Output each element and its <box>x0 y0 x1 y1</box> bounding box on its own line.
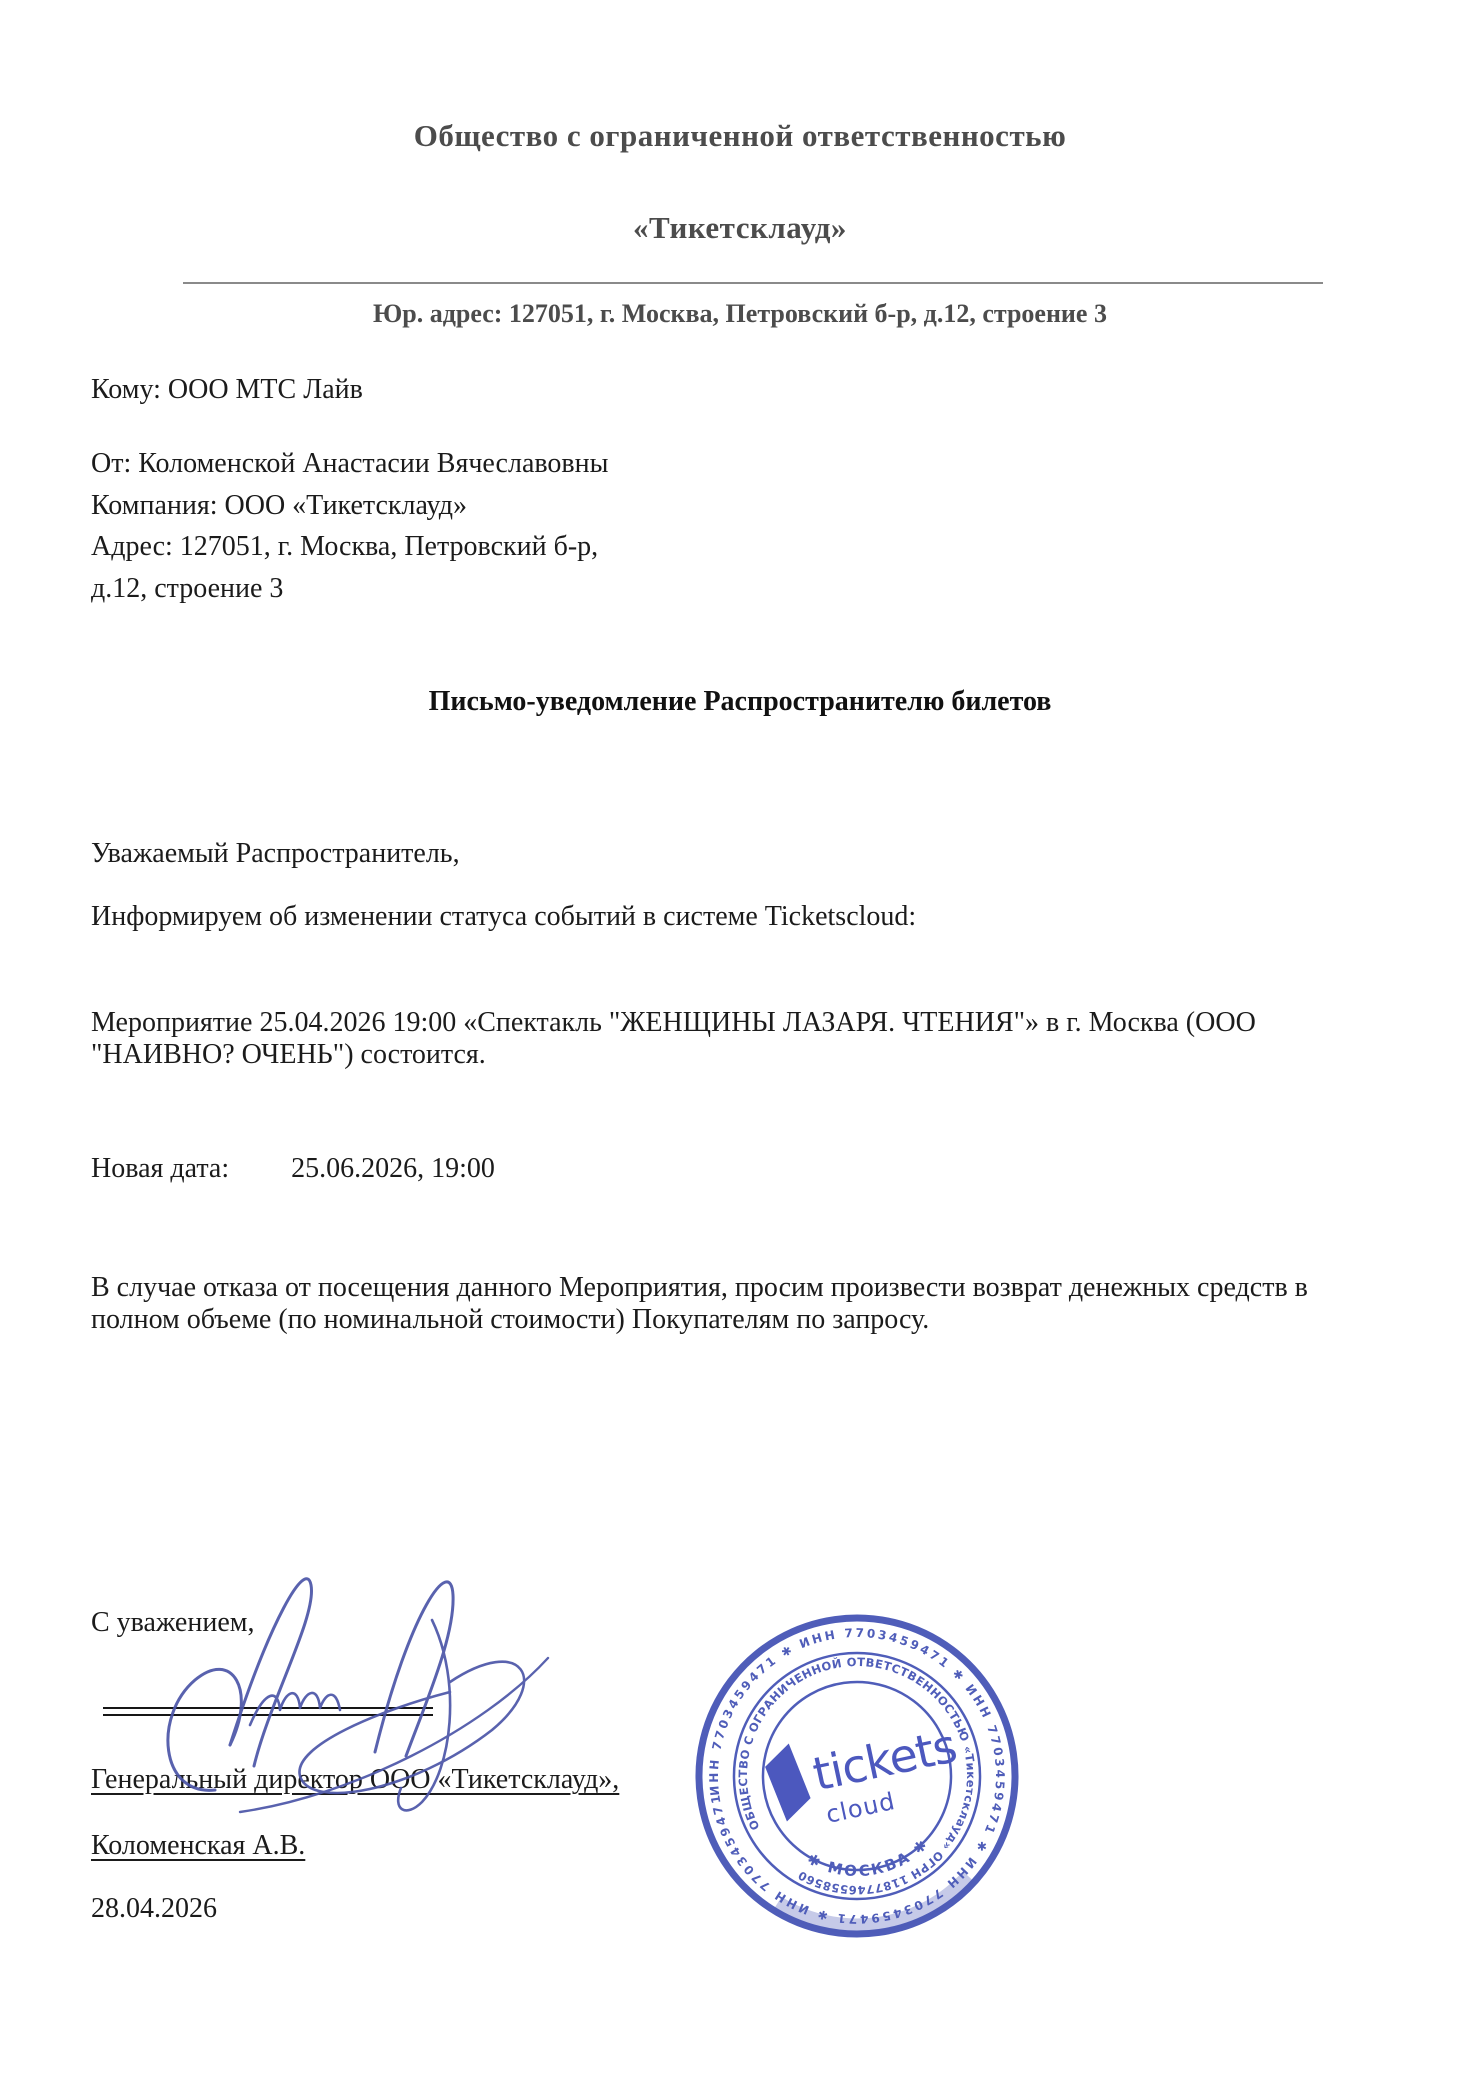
salutation: Уважаемый Распространитель, <box>91 838 460 870</box>
sender-company-line: Компания: ООО «Тикетсклауд» <box>91 485 608 527</box>
handwritten-signature <box>120 1540 580 1830</box>
letter-page: Общество с ограниченной ответственностью… <box>0 0 1480 2082</box>
sender-address-line2: д.12, строение 3 <box>91 568 608 610</box>
letter-title: Письмо-уведомление Распространителю биле… <box>85 686 1395 718</box>
event-status-paragraph: Мероприятие 25.04.2026 19:00 «Спектакль … <box>91 1007 1399 1071</box>
new-date-line: Новая дата:25.06.2026, 19:00 <box>91 1153 495 1185</box>
stamp-logo: tickets cloud <box>761 1710 966 1840</box>
signer-name: Коломенская А.В. <box>91 1830 305 1862</box>
recipient-line: Кому: ООО МТС Лайв <box>91 374 363 406</box>
company-stamp: ИНН 7703459471 ✱ ИНН 7703459471 ✱ ИНН 77… <box>687 1606 1027 1946</box>
letterhead-divider <box>183 282 1323 284</box>
letterhead-legal-address: Юр. адрес: 127051, г. Москва, Петровский… <box>85 299 1395 329</box>
sender-block: От: Коломенской Анастасии Вячеславовны К… <box>91 443 608 609</box>
intro-paragraph: Информируем об изменении статуса событий… <box>91 901 916 933</box>
sender-from-line: От: Коломенской Анастасии Вячеславовны <box>91 443 608 485</box>
new-date-value: 25.06.2026, 19:00 <box>291 1153 495 1184</box>
letterhead-org-type: Общество с ограниченной ответственностью <box>85 118 1395 154</box>
refund-paragraph: В случае отказа от посещения данного Мер… <box>91 1272 1403 1336</box>
letterhead-org-name: «Тикетсклауд» <box>85 210 1395 246</box>
new-date-label: Новая дата: <box>91 1153 229 1184</box>
letter-date: 28.04.2026 <box>91 1893 217 1925</box>
sender-address-line1: Адрес: 127051, г. Москва, Петровский б-р… <box>91 526 608 568</box>
